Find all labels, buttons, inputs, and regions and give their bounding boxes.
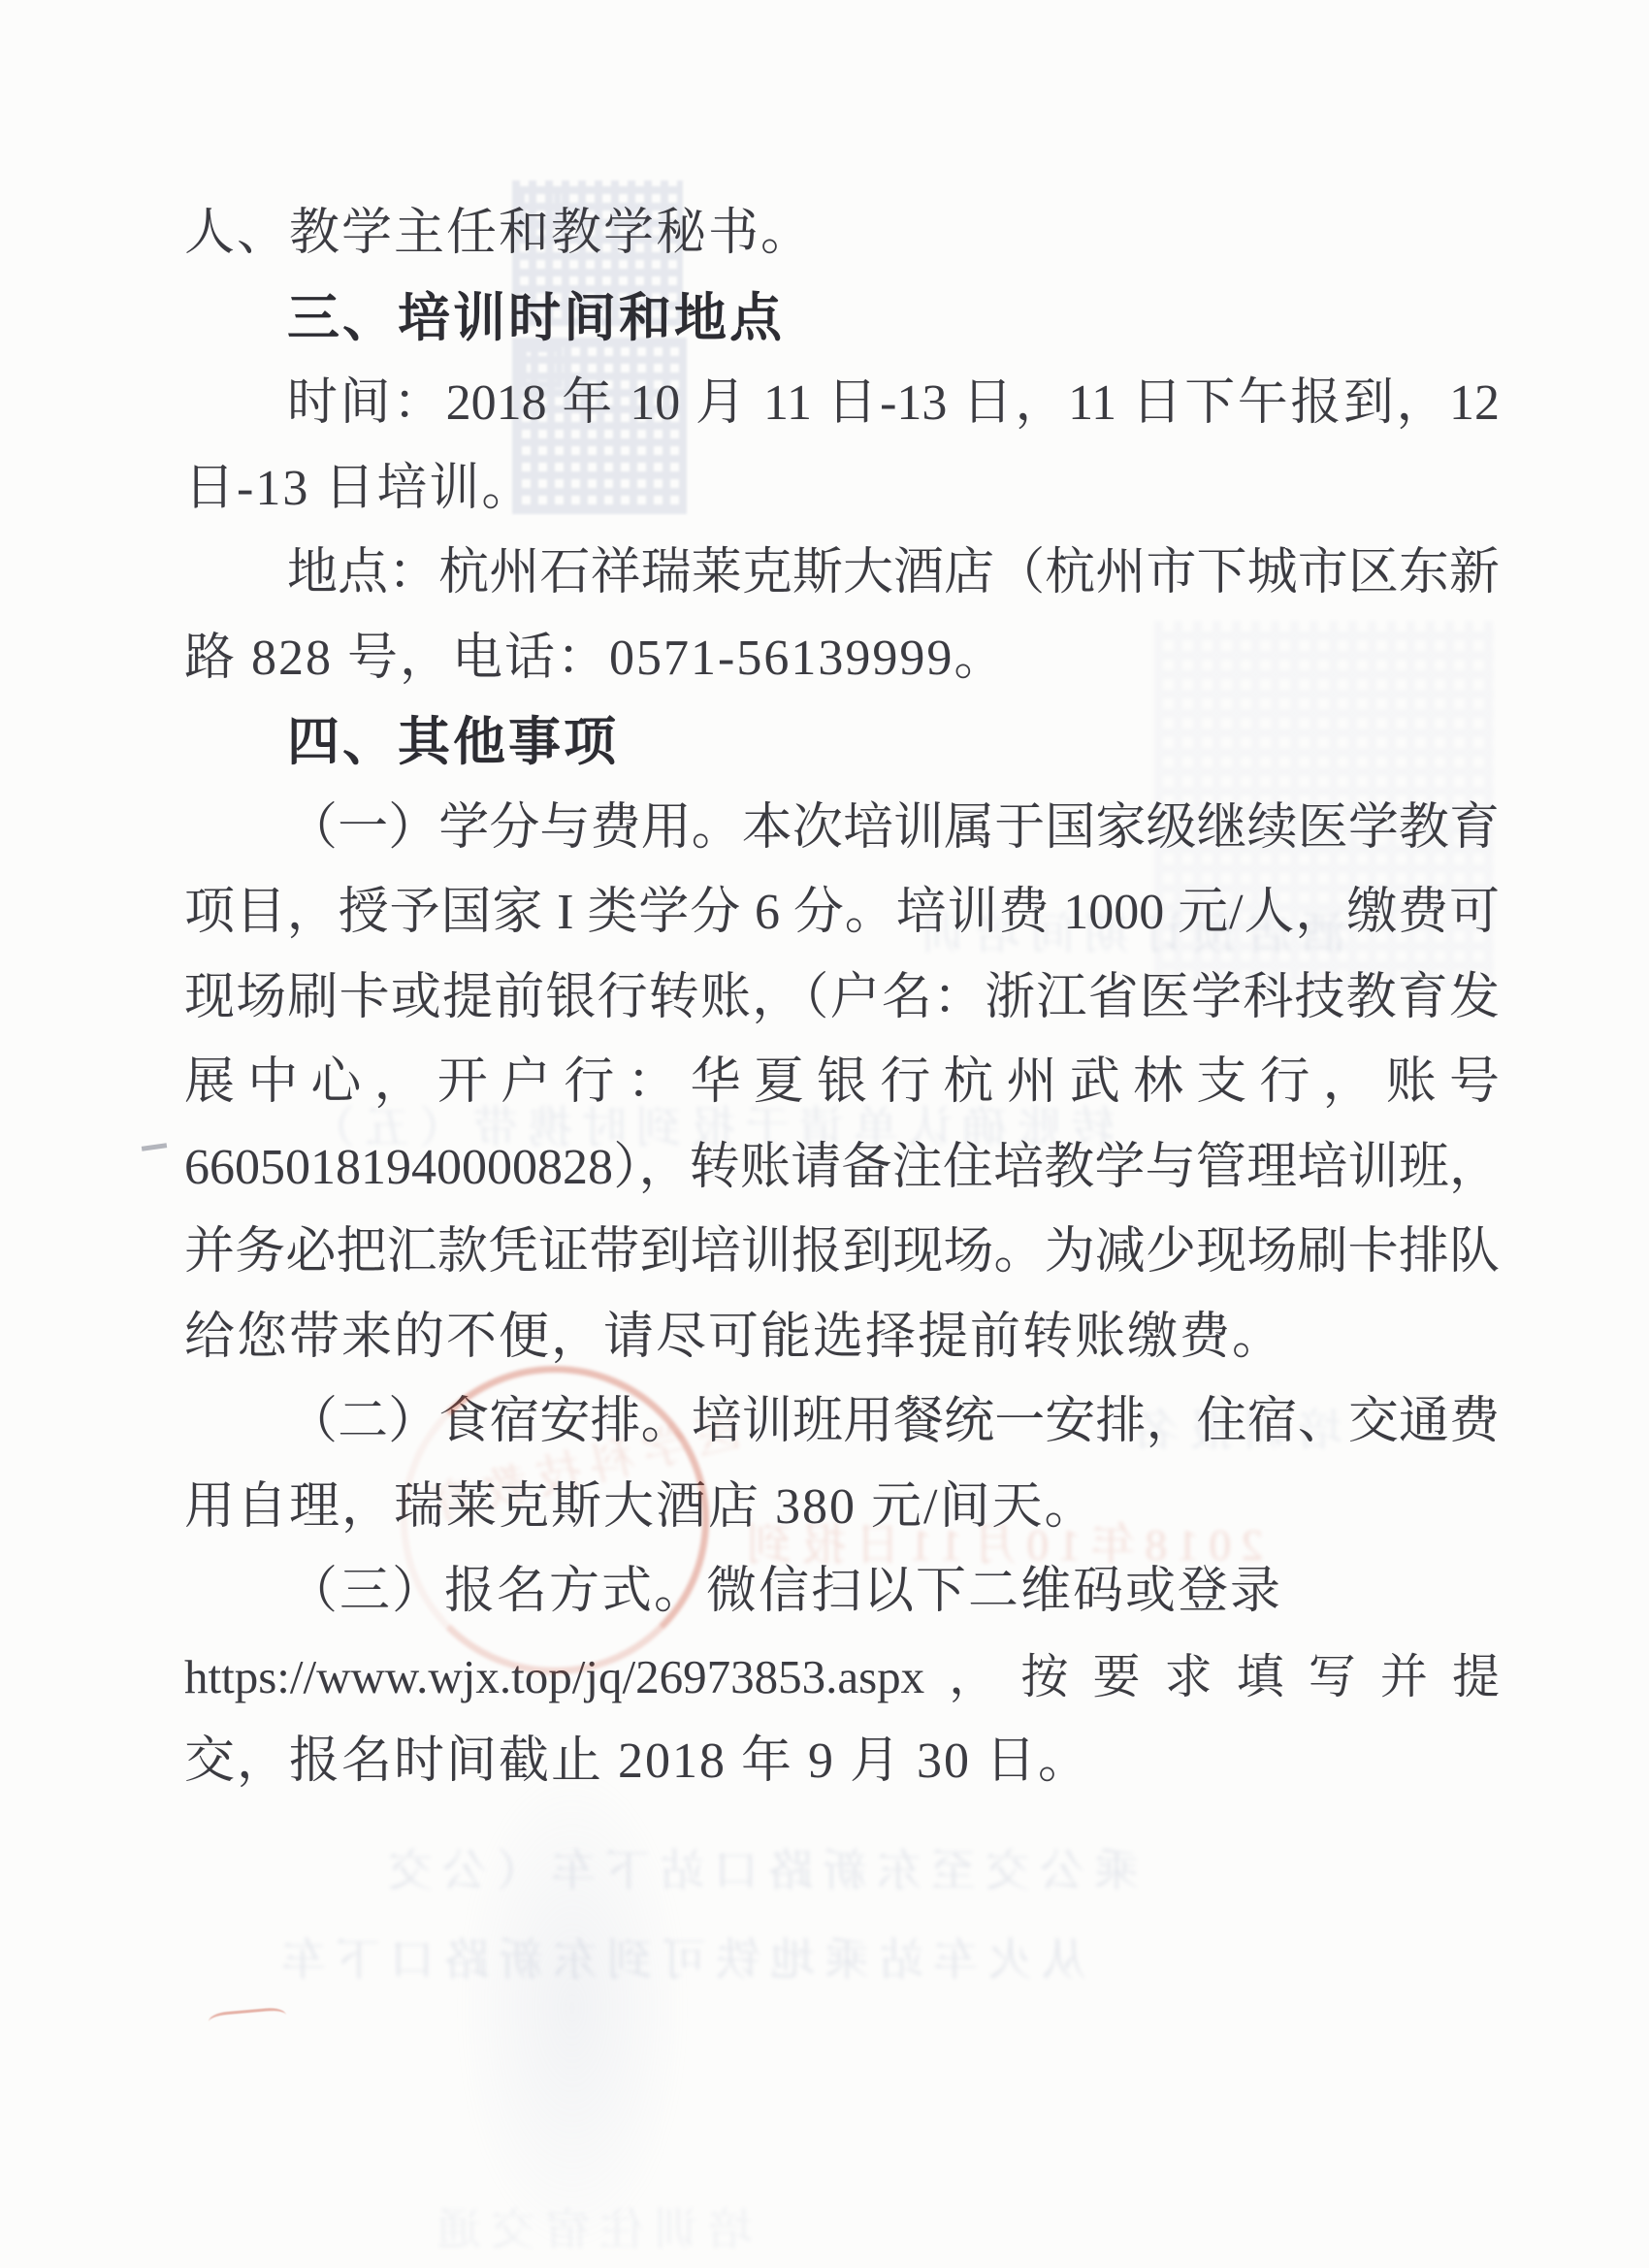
document-text-line: 并务必把汇款凭证带到培训报到现场。为减少现场刷卡排队 [184, 1210, 1500, 1295]
document-text-line: 项目，授予国家 I 类学分 6 分。培训费 1000 元/人，缴费可 [184, 870, 1500, 956]
document-text-line: （二）食宿安排。培训班用餐统一安排，住宿、交通费 [184, 1379, 1500, 1465]
document-text-line: （三）报名方式。微信扫以下二维码或登录 [184, 1549, 1500, 1635]
section-heading: 四、其他事项 [184, 700, 1500, 786]
bleedthrough-text: 乘公交至东新路口站下车（公交 [378, 1835, 1139, 1899]
bleedthrough-text: 从火车站乘地铁可到东新路口下车 [272, 1925, 1086, 1989]
document-text-line: 日-13 日培训。 [184, 446, 1500, 532]
document-text-line: 用自理，瑞莱克斯大酒店 380 元/间天。 [184, 1465, 1500, 1550]
scanned-document-page: 酒店预订期间培训 转账确认单请于报到时携带（五） 培训报名 2018年10月11… [0, 0, 1649, 2268]
document-text-line: 路 828 号，电话：0571-56139999。 [184, 616, 1500, 701]
document-text-line: 人、教学主任和教学秘书。 [184, 191, 1500, 276]
document-text-line: 展中心，开户行：华夏银行杭州武林支行，账号 [184, 1040, 1500, 1125]
document-text-line: 时间：2018 年 10 月 11 日-13 日，11 日下午报到，12 [184, 361, 1500, 446]
document-body: 人、教学主任和教学秘书。 三、培训时间和地点 时间：2018 年 10 月 11… [184, 191, 1500, 1804]
document-text-line: 交，报名时间截止 2018 年 9 月 30 日。 [184, 1719, 1500, 1804]
registration-url-line: https://www.wjx.top/jq/26973853.aspx，按要求… [184, 1635, 1500, 1720]
bleedthrough-text: 培训住宿交通 [427, 2194, 753, 2258]
account-number-line: 66050181940000828），转账请备注住培教学与管理培训班， [184, 1125, 1500, 1211]
stray-mark [142, 1143, 167, 1151]
document-text-line: （一）学分与费用。本次培训属于国家级继续医学教育 [184, 786, 1500, 871]
document-text-line: 给您带来的不便，请尽可能选择提前转账缴费。 [184, 1295, 1500, 1380]
red-pen-mark [208, 2007, 286, 2030]
document-text-line: 现场刷卡或提前银行转账，（户名：浙江省医学科技教育发 [184, 956, 1500, 1041]
document-text-line: 地点：杭州石祥瑞莱克斯大酒店（杭州市下城市区东新 [184, 531, 1500, 616]
section-heading: 三、培训时间和地点 [184, 276, 1500, 362]
